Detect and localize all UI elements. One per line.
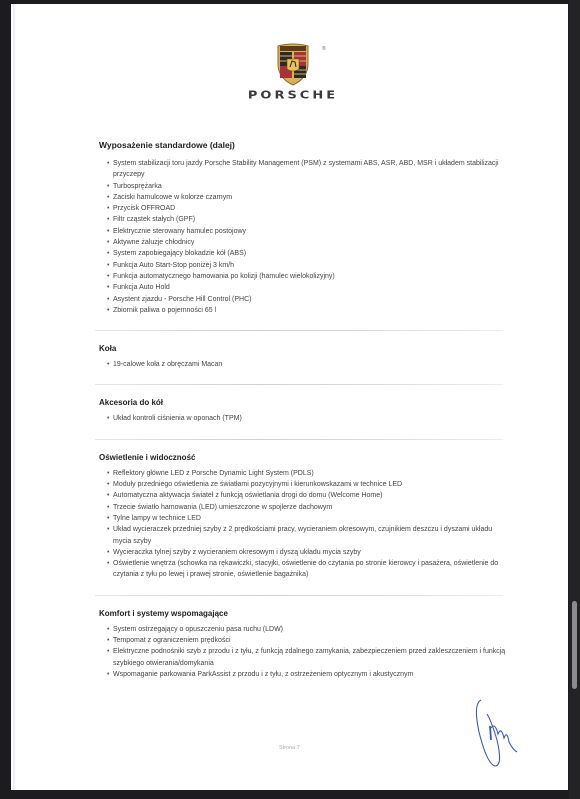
section-divider xyxy=(95,330,503,331)
list-item: System ostrzegający o opuszczeniu pasa r… xyxy=(107,624,509,635)
section-lighting-visibility: Oświetlenie i widoczność Reflektory głów… xyxy=(99,453,509,581)
section-divider xyxy=(95,384,503,385)
scrollbar-thumb[interactable] xyxy=(572,601,577,689)
list-item: Oświetlenie wnętrza (schowka na rękawicz… xyxy=(107,558,509,581)
section-standard-equipment: Wyposażenie standardowe (dalej) System s… xyxy=(99,140,509,316)
handwritten-signature xyxy=(473,694,543,774)
item-list: System stabilizacji toru jazdy Porsche S… xyxy=(107,158,509,316)
list-item: Funkcja Auto Hold xyxy=(107,282,509,293)
list-item: Wycieraczka tylnej szyby z wycieraniem o… xyxy=(107,547,509,558)
list-item: Funkcja Auto Start-Stop poniżej 3 km/h xyxy=(107,260,509,271)
list-item: Zaciski hamulcowe w kolorze czarnym xyxy=(107,192,509,203)
list-item: Zbiornik paliwa o pojemności 65 l xyxy=(107,305,509,316)
registered-mark: ® xyxy=(322,46,326,52)
list-item: Asystent zjazdu - Porsche Hill Control (… xyxy=(107,294,509,305)
section-title: Akcesoria do kół xyxy=(99,398,509,407)
list-item: Tempomat z ograniczeniem prędkości xyxy=(107,635,509,646)
porsche-wordmark: PORSCHE xyxy=(233,90,353,102)
list-item: Turbosprężarka xyxy=(107,181,509,192)
document-content: Wyposażenie standardowe (dalej) System s… xyxy=(99,140,509,686)
section-title: Oświetlenie i widoczność xyxy=(99,453,509,462)
section-divider xyxy=(95,439,503,440)
list-item: Filtr cząstek stałych (GPF) xyxy=(107,214,509,225)
item-list: Reflektory główne LED z Porsche Dynamic … xyxy=(107,468,509,581)
list-item: System zapobiegający blokadzie kół (ABS) xyxy=(107,248,509,259)
list-item: Aktywne żaluzje chłodnicy xyxy=(107,237,509,248)
list-item: Układ kontroli ciśnienia w oponach (TPM) xyxy=(107,413,509,424)
list-item: Trzecie światło hamowania (LED) umieszcz… xyxy=(107,502,509,513)
page-edge xyxy=(13,4,16,790)
list-item: Funkcja automatycznego hamowania po koli… xyxy=(107,271,509,282)
list-item: Automatyczna aktywacja świateł z funkcją… xyxy=(107,490,509,501)
section-title: Wyposażenie standardowe (dalej) xyxy=(99,140,509,150)
list-item: Tylne lampy w technice LED xyxy=(107,513,509,524)
list-item: 19-calowe koła z obręczami Macan xyxy=(107,359,509,370)
list-item: Przycisk OFFROAD xyxy=(107,203,509,214)
document-page: ® PORSCHE Wyposażenie standa xyxy=(11,4,568,790)
section-title: Komfort i systemy wspomagające xyxy=(99,609,509,618)
list-item: Wspomaganie parkowania ParkAssist z przo… xyxy=(107,669,509,680)
list-item: System stabilizacji toru jazdy Porsche S… xyxy=(107,158,509,181)
section-wheels: Koła 19-calowe koła z obręczami Macan xyxy=(99,344,509,370)
item-list: System ostrzegający o opuszczeniu pasa r… xyxy=(107,624,509,680)
item-list: 19-calowe koła z obręczami Macan xyxy=(107,359,509,370)
document-viewer: ® PORSCHE Wyposażenie standa xyxy=(0,0,580,799)
list-item: Układ wycieraczek przedniej szyby z 2 pr… xyxy=(107,524,509,547)
list-item: Elektrycznie sterowany hamulec postojowy xyxy=(107,226,509,237)
item-list: Układ kontroli ciśnienia w oponach (TPM) xyxy=(107,413,509,424)
section-comfort-assist: Komfort i systemy wspomagające System os… xyxy=(99,609,509,680)
porsche-crest-icon xyxy=(276,42,310,86)
page-number: Strona 7 xyxy=(279,745,300,751)
porsche-logo: ® PORSCHE xyxy=(233,42,353,103)
section-divider xyxy=(95,595,503,596)
section-title: Koła xyxy=(99,344,509,353)
list-item: Moduły przedniego oświetlenia ze światła… xyxy=(107,479,509,490)
section-wheel-accessories: Akcesoria do kół Układ kontroli ciśnieni… xyxy=(99,398,509,424)
list-item: Elektryczne podnośniki szyb z przodu i z… xyxy=(107,646,509,669)
list-item: Reflektory główne LED z Porsche Dynamic … xyxy=(107,468,509,479)
